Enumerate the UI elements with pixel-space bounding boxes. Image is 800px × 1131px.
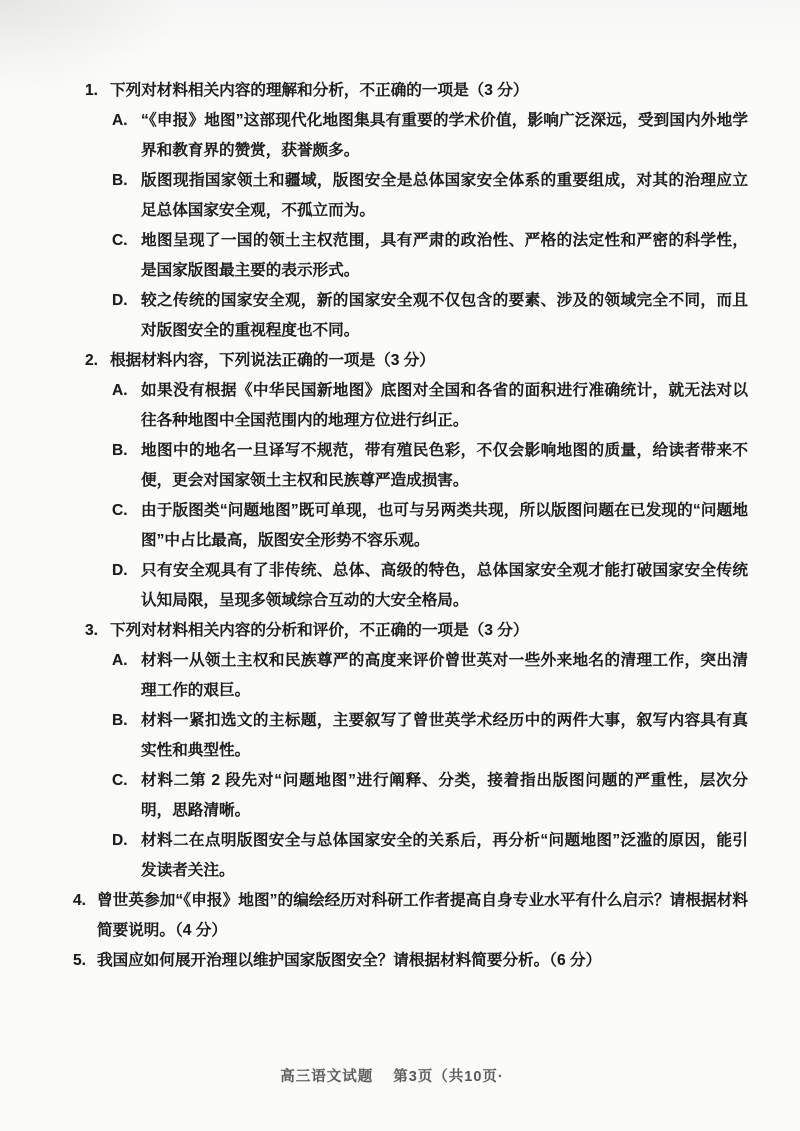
question-number: 4.	[73, 886, 97, 946]
footer-page-number: 第3页（共10页·	[393, 1066, 504, 1088]
option-label: C.	[112, 226, 141, 286]
option-text: 较之传统的国家安全观，新的国家安全观不仅包含的要素、涉及的领域完全不同，而且对版…	[141, 286, 748, 346]
question-text: 根据材料内容，下列说法正确的一项是（3 分）	[110, 346, 748, 376]
exam-page: 1. 下列对材料相关内容的理解和分析，不正确的一项是（3 分） A. “《申报》…	[0, 0, 800, 1131]
question-5-stem: 5. 我国应如何展开治理以维护国家版图安全？请根据材料简要分析。（6 分）	[73, 946, 748, 976]
option-label: D.	[112, 826, 141, 886]
option-text: 如果没有根据《中华民国新地图》底图对全国和各省的面积进行准确统计，就无法对以往各…	[141, 376, 748, 436]
question-1-option-b: B. 版图现指国家领土和疆域，版图安全是总体国家安全体系的重要组成，对其的治理应…	[85, 166, 748, 226]
question-text: 曾世英参加“《申报》地图”的编绘经历对科研工作者提高自身专业水平有什么启示？请根…	[97, 886, 748, 946]
page-footer: 高三语文试题 第3页（共10页·	[0, 1066, 792, 1088]
option-text: 由于版图类“问题地图”既可单现，也可与另两类共现，所以版图问题在已发现的“问题地…	[141, 496, 748, 556]
question-4: 4. 曾世英参加“《申报》地图”的编绘经历对科研工作者提高自身专业水平有什么启示…	[85, 886, 748, 946]
question-text: 下列对材料相关内容的理解和分析，不正确的一项是（3 分）	[110, 76, 748, 106]
question-2: 2. 根据材料内容，下列说法正确的一项是（3 分） A. 如果没有根据《中华民国…	[85, 346, 748, 616]
question-2-option-d: D. 只有安全观具有了非传统、总体、高级的特色，总体国家安全观才能打破国家安全传…	[85, 556, 748, 616]
option-text: 只有安全观具有了非传统、总体、高级的特色，总体国家安全观才能打破国家安全传统认知…	[141, 556, 748, 616]
questions-area: 1. 下列对材料相关内容的理解和分析，不正确的一项是（3 分） A. “《申报》…	[85, 76, 748, 976]
question-3-stem: 3. 下列对材料相关内容的分析和评价，不正确的一项是（3 分）	[85, 616, 748, 646]
option-label: B.	[112, 166, 141, 226]
question-3-option-a: A. 材料一从领土主权和民族尊严的高度来评价曾世英对一些外来地名的清理工作，突出…	[85, 646, 748, 706]
option-label: C.	[112, 766, 141, 826]
option-label: D.	[112, 286, 141, 346]
option-label: A.	[112, 646, 141, 706]
option-text: “《申报》地图”这部现代化地图集具有重要的学术价值，影响广泛深远，受到国内外地学…	[141, 106, 748, 166]
option-label: B.	[112, 706, 141, 766]
question-2-option-c: C. 由于版图类“问题地图”既可单现，也可与另两类共现，所以版图问题在已发现的“…	[85, 496, 748, 556]
option-label: D.	[112, 556, 141, 616]
footer-doc-title: 高三语文试题	[280, 1066, 373, 1088]
question-text: 我国应如何展开治理以维护国家版图安全？请根据材料简要分析。（6 分）	[97, 946, 748, 976]
question-2-stem: 2. 根据材料内容，下列说法正确的一项是（3 分）	[85, 346, 748, 376]
question-3-option-b: B. 材料一紧扣选文的主标题，主要叙写了曾世英学术经历中的两件大事，叙写内容具有…	[85, 706, 748, 766]
option-label: C.	[112, 496, 141, 556]
question-5: 5. 我国应如何展开治理以维护国家版图安全？请根据材料简要分析。（6 分）	[85, 946, 748, 976]
question-1-option-d: D. 较之传统的国家安全观，新的国家安全观不仅包含的要素、涉及的领域完全不同，而…	[85, 286, 748, 346]
option-text: 材料一紧扣选文的主标题，主要叙写了曾世英学术经历中的两件大事，叙写内容具有真实性…	[141, 706, 748, 766]
question-3-option-c: C. 材料二第 2 段先对“问题地图”进行阐释、分类，接着指出版图问题的严重性，…	[85, 766, 748, 826]
question-1-stem: 1. 下列对材料相关内容的理解和分析，不正确的一项是（3 分）	[85, 76, 748, 106]
question-number: 3.	[85, 616, 110, 646]
question-3: 3. 下列对材料相关内容的分析和评价，不正确的一项是（3 分） A. 材料一从领…	[85, 616, 748, 886]
option-label: A.	[112, 106, 141, 166]
question-1: 1. 下列对材料相关内容的理解和分析，不正确的一项是（3 分） A. “《申报》…	[85, 76, 748, 346]
question-number: 5.	[73, 946, 97, 976]
option-text: 材料一从领土主权和民族尊严的高度来评价曾世英对一些外来地名的清理工作，突出清理工…	[141, 646, 748, 706]
question-2-option-a: A. 如果没有根据《中华民国新地图》底图对全国和各省的面积进行准确统计，就无法对…	[85, 376, 748, 436]
question-3-option-d: D. 材料二在点明版图安全与总体国家安全的关系后，再分析“问题地图”泛滥的原因，…	[85, 826, 748, 886]
option-text: 地图呈现了一国的领土主权范围，具有严肃的政治性、严格的法定性和严密的科学性，是国…	[141, 226, 748, 286]
option-text: 材料二第 2 段先对“问题地图”进行阐释、分类，接着指出版图问题的严重性，层次分…	[141, 766, 748, 826]
option-label: B.	[112, 436, 141, 496]
question-1-option-a: A. “《申报》地图”这部现代化地图集具有重要的学术价值，影响广泛深远，受到国内…	[85, 106, 748, 166]
option-text: 版图现指国家领土和疆域，版图安全是总体国家安全体系的重要组成，对其的治理应立足总…	[141, 166, 748, 226]
question-4-stem: 4. 曾世英参加“《申报》地图”的编绘经历对科研工作者提高自身专业水平有什么启示…	[73, 886, 748, 946]
question-number: 2.	[85, 346, 110, 376]
question-number: 1.	[85, 76, 110, 106]
question-1-option-c: C. 地图呈现了一国的领土主权范围，具有严肃的政治性、严格的法定性和严密的科学性…	[85, 226, 748, 286]
question-2-option-b: B. 地图中的地名一旦译写不规范，带有殖民色彩，不仅会影响地图的质量，给读者带来…	[85, 436, 748, 496]
question-text: 下列对材料相关内容的分析和评价，不正确的一项是（3 分）	[110, 616, 748, 646]
option-text: 地图中的地名一旦译写不规范，带有殖民色彩，不仅会影响地图的质量，给读者带来不便，…	[141, 436, 748, 496]
option-text: 材料二在点明版图安全与总体国家安全的关系后，再分析“问题地图”泛滥的原因，能引发…	[141, 826, 748, 886]
option-label: A.	[112, 376, 141, 436]
